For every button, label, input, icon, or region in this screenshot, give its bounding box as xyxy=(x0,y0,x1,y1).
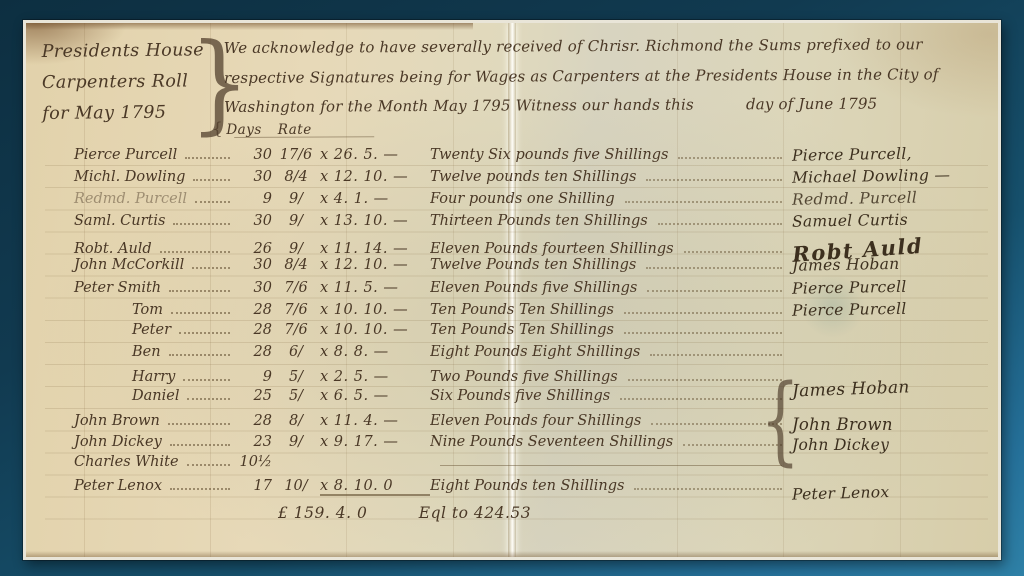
amount-value: x 11. 5. — xyxy=(320,280,430,296)
amount-value: x 10. 10. — xyxy=(320,302,430,318)
worker-name: Saml. Curtis xyxy=(40,213,165,229)
leader-dots xyxy=(440,465,782,466)
worker-name-cell: Michl. Dowling xyxy=(40,169,236,185)
amount-value: x 26. 5. — xyxy=(320,147,430,163)
amount-value: x 12. 10. — xyxy=(320,169,430,185)
rate-value: 17/6 xyxy=(272,147,320,163)
signature xyxy=(792,332,990,335)
amount-in-words: Six Pounds five Shillings xyxy=(430,388,610,404)
leader-dots xyxy=(646,267,782,269)
leader-dots xyxy=(173,223,230,225)
worker-name: Charles White xyxy=(40,454,179,470)
worker-name: Michl. Dowling xyxy=(40,169,185,185)
days-value: 30 xyxy=(236,257,272,273)
days-value: 28 xyxy=(236,413,272,429)
amount-in-words: Four pounds one Shilling xyxy=(430,191,615,207)
worker-name: Redmd. Purcell xyxy=(40,191,187,207)
worker-name-cell: Tom xyxy=(40,302,236,318)
amount-in-words-cell: Eleven Pounds four Shillings xyxy=(430,413,792,429)
amount-value: x 8. 8. — xyxy=(320,344,430,360)
amount-in-words-cell: Twelve pounds ten Shillings xyxy=(430,169,792,185)
leader-dots xyxy=(179,332,230,334)
leader-dots xyxy=(650,354,782,356)
days-brace: { xyxy=(212,119,223,139)
amount-in-words-cell: Six Pounds five Shillings xyxy=(430,388,792,404)
worker-name-cell: Peter Smith xyxy=(40,280,236,296)
signature: Pierce Purcell xyxy=(792,298,990,319)
amount-in-words: Eight Pounds Eight Shillings xyxy=(430,344,640,360)
amount-in-words: Eight Pounds ten Shillings xyxy=(430,478,624,494)
table-row: Robt. Auld 26 9/ x 11. 14. — Eleven Poun… xyxy=(40,233,990,255)
leader-dots xyxy=(160,251,230,253)
rate-value: 7/6 xyxy=(272,280,320,296)
worker-name-cell: Charles White xyxy=(40,454,236,470)
amount-in-words-cell: Ten Pounds Ten Shillings xyxy=(430,302,792,318)
worker-name-cell: Redmd. Purcell xyxy=(40,191,236,207)
days-value: 26 xyxy=(236,241,272,257)
worker-name: Pierce Purcell xyxy=(40,147,177,163)
rate-value: 9/ xyxy=(272,191,320,207)
days-value: 28 xyxy=(236,322,272,338)
amount-in-words: Eleven Pounds fourteen Shillings xyxy=(430,241,674,257)
amount-value: x 10. 10. — xyxy=(320,322,430,338)
worker-name-cell: John Dickey xyxy=(40,434,236,450)
rate-value: 7/6 xyxy=(272,302,320,318)
amount-in-words: Eleven Pounds four Shillings xyxy=(430,413,641,429)
worker-name: Peter Lenox xyxy=(40,478,162,494)
worker-name: Harry xyxy=(40,369,175,385)
rate-value: 5/ xyxy=(272,369,320,385)
leader-dots xyxy=(658,223,782,225)
leader-dots xyxy=(646,179,782,181)
worker-name: John Brown xyxy=(40,413,160,429)
amount-value: x 12. 10. — xyxy=(320,257,430,273)
amount-in-words: Thirteen Pounds ten Shillings xyxy=(430,213,648,229)
rate-value: 6/ xyxy=(272,344,320,360)
worker-name-cell: Robt. Auld xyxy=(40,241,236,257)
amount-in-words-cell: Four pounds one Shilling xyxy=(430,191,792,207)
amount-in-words: Twelve Pounds ten Shillings xyxy=(430,257,636,273)
ledger-rows: Pierce Purcell 30 17/6 x 26. 5. — Twenty… xyxy=(40,145,990,499)
statement-line-3: Washington for the Month May 1795 Witnes… xyxy=(224,89,990,152)
amount-in-words-cell: Nine Pounds Seventeen Shillings xyxy=(430,434,792,450)
amount-in-words: Eleven Pounds five Shillings xyxy=(430,280,637,296)
worker-name: Robt. Auld xyxy=(40,241,152,257)
receipt-statement: We acknowledge to have severally receive… xyxy=(224,30,991,152)
worker-name: Ben xyxy=(40,344,161,360)
leader-dots xyxy=(193,179,230,181)
leader-dots xyxy=(185,157,230,159)
signature: John Dickey xyxy=(792,436,990,454)
amount-in-words: Twelve pounds ten Shillings xyxy=(430,169,636,185)
signature: Redmd. Purcell xyxy=(792,187,990,208)
signature: Pierce Purcell, xyxy=(792,143,990,164)
worker-name: Peter xyxy=(40,322,171,338)
amount-in-words-cell xyxy=(430,465,792,470)
amount-value: x 9. 17. — xyxy=(320,434,430,450)
table-row: Peter 28 7/6 x 10. 10. — Ten Pounds Ten … xyxy=(40,322,990,344)
leader-dots xyxy=(647,290,782,292)
worker-name-cell: John Brown xyxy=(40,413,236,429)
signature: James Hoban xyxy=(792,254,990,275)
dollar-equivalent: Eql to 424.53 xyxy=(419,504,531,522)
table-row: Peter Smith 30 7/6 x 11. 5. — Eleven Pou… xyxy=(40,278,990,300)
amount-in-words-cell: Ten Pounds Ten Shillings xyxy=(430,322,792,338)
days-value: 9 xyxy=(236,369,272,385)
table-row: John Dickey 23 9/ x 9. 17. — Nine Pounds… xyxy=(40,432,990,454)
amount-in-words-cell: Twelve Pounds ten Shillings xyxy=(430,257,792,273)
worker-name: John Dickey xyxy=(40,434,162,450)
total-amount: £ 159. 4. 0 xyxy=(278,504,367,522)
rate-column-header: Rate xyxy=(278,122,312,138)
ledger-sheet: Presidents House Carpenters Roll for May… xyxy=(26,23,998,557)
leader-dots xyxy=(168,423,230,425)
leader-dots xyxy=(624,332,782,334)
rate-value: 10/ xyxy=(272,478,320,494)
table-row: Michl. Dowling 30 8/4 x 12. 10. — Twelve… xyxy=(40,167,990,189)
leader-dots xyxy=(169,290,230,292)
signature: Peter Lenox xyxy=(792,481,990,504)
rate-value: 9/ xyxy=(272,241,320,257)
totals-line: £ 159. 4. 0 Eql to 424.53 xyxy=(278,504,531,522)
table-row: Pierce Purcell 30 17/6 x 26. 5. — Twenty… xyxy=(40,145,990,167)
column-headers: {DaysRate xyxy=(212,119,312,139)
amount-in-words: Two Pounds five Shillings xyxy=(430,369,618,385)
leader-dots xyxy=(195,201,230,203)
amount-in-words-cell: Eleven Pounds fourteen Shillings xyxy=(430,241,792,257)
amount-value: x 6. 5. — xyxy=(320,388,430,404)
worker-name-cell: Saml. Curtis xyxy=(40,213,236,229)
days-value: 17 xyxy=(236,478,272,494)
amount-in-words: Nine Pounds Seventeen Shillings xyxy=(430,434,673,450)
days-value: 30 xyxy=(236,147,272,163)
worker-name: John McCorkill xyxy=(40,257,184,273)
rate-value: 5/ xyxy=(272,388,320,404)
amount-in-words: Ten Pounds Ten Shillings xyxy=(430,302,614,318)
leader-dots xyxy=(684,251,782,253)
days-value: 30 xyxy=(236,169,272,185)
table-row: Redmd. Purcell 9 9/ x 4. 1. — Four pound… xyxy=(40,189,990,211)
document-image: Presidents House Carpenters Roll for May… xyxy=(23,20,1001,560)
signature: John Brown xyxy=(792,415,990,434)
amount-value: x 2. 5. — xyxy=(320,369,430,385)
leader-dots xyxy=(187,464,230,466)
slide-background: Presidents House Carpenters Roll for May… xyxy=(0,0,1024,576)
amount-in-words-cell: Twenty Six pounds five Shillings xyxy=(430,147,792,163)
amount-in-words-cell: Eight Pounds Eight Shillings xyxy=(430,344,792,360)
worker-name-cell: Peter xyxy=(40,322,236,338)
rate-value: 8/ xyxy=(272,413,320,429)
signature-group-brace: { xyxy=(761,363,800,476)
table-row: Ben 28 6/ x 8. 8. — Eight Pounds Eight S… xyxy=(40,344,990,366)
table-row: John Brown 28 8/ x 11. 4. — Eleven Pound… xyxy=(40,410,990,432)
rate-value: 7/6 xyxy=(272,322,320,338)
table-row: Saml. Curtis 30 9/ x 13. 10. — Thirteen … xyxy=(40,211,990,233)
amount-in-words-cell: Eleven Pounds five Shillings xyxy=(430,280,792,296)
leader-dots xyxy=(183,379,230,381)
amount-value: x 11. 14. — xyxy=(320,241,430,257)
rate-value: 9/ xyxy=(272,434,320,450)
signature xyxy=(792,465,990,468)
days-value: 25 xyxy=(236,388,272,404)
leader-dots xyxy=(170,444,230,446)
statement-line-2: respective Signatures being for Wages as… xyxy=(224,59,990,93)
worker-name-cell: Peter Lenox xyxy=(40,478,236,494)
leader-dots xyxy=(187,398,230,400)
amount-in-words-cell: Eight Pounds ten Shillings xyxy=(430,478,792,494)
worker-name-cell: Ben xyxy=(40,344,236,360)
leader-dots xyxy=(678,157,782,159)
leader-dots xyxy=(620,398,782,400)
table-row: Tom 28 7/6 x 10. 10. — Ten Pounds Ten Sh… xyxy=(40,300,990,322)
leader-dots xyxy=(628,379,782,381)
amount-value: x 4. 1. — xyxy=(320,191,430,207)
leader-dots xyxy=(624,312,782,314)
statement-line-1: We acknowledge to have severally receive… xyxy=(224,30,990,64)
amount-value: x 13. 10. — xyxy=(320,213,430,229)
table-row: Harry 9 5/ x 2. 5. — Two Pounds five Shi… xyxy=(40,366,990,388)
amount-in-words: Twenty Six pounds five Shillings xyxy=(430,147,668,163)
amount-in-words-cell: Thirteen Pounds ten Shillings xyxy=(430,213,792,229)
days-value: 28 xyxy=(236,302,272,318)
signature: Michael Dowling — xyxy=(792,165,990,186)
days-value: 28 xyxy=(236,344,272,360)
days-value: 23 xyxy=(236,434,272,450)
leader-dots xyxy=(625,201,782,203)
signature xyxy=(792,354,990,357)
amount-in-words: Ten Pounds Ten Shillings xyxy=(430,322,614,338)
worker-name-cell: John McCorkill xyxy=(40,257,236,273)
leader-dots xyxy=(171,312,230,314)
worker-name: Tom xyxy=(40,302,163,318)
leader-dots xyxy=(634,488,782,490)
days-column-header: Days xyxy=(226,122,261,138)
table-row: Peter Lenox 17 10/ x 8. 10. 0 Eight Poun… xyxy=(40,476,990,498)
table-row: John McCorkill 30 8/4 x 12. 10. — Twelve… xyxy=(40,255,990,277)
rate-value: 8/4 xyxy=(272,257,320,273)
days-value: 9 xyxy=(236,191,272,207)
table-row: Charles White 10½ xyxy=(40,454,990,476)
leader-dots xyxy=(169,354,230,356)
amount-value: x 11. 4. — xyxy=(320,413,430,429)
rate-value: 9/ xyxy=(272,213,320,229)
signature: Samuel Curtis xyxy=(792,210,990,231)
leader-dots xyxy=(170,488,230,490)
worker-name-cell: Daniel xyxy=(40,388,236,404)
worker-name-cell: Pierce Purcell xyxy=(40,147,236,163)
amount-in-words-cell: Two Pounds five Shillings xyxy=(430,369,792,385)
days-value: 30 xyxy=(236,280,272,296)
worker-name: Daniel xyxy=(40,388,179,404)
days-value: 30 xyxy=(236,213,272,229)
rate-value: 8/4 xyxy=(272,169,320,185)
leader-dots xyxy=(192,267,230,269)
signature: Pierce Purcell xyxy=(792,276,990,297)
worker-name: Peter Smith xyxy=(40,280,161,296)
days-value: 10½ xyxy=(236,454,272,470)
worker-name-cell: Harry xyxy=(40,369,236,385)
amount-value: x 8. 10. 0 xyxy=(320,478,430,496)
